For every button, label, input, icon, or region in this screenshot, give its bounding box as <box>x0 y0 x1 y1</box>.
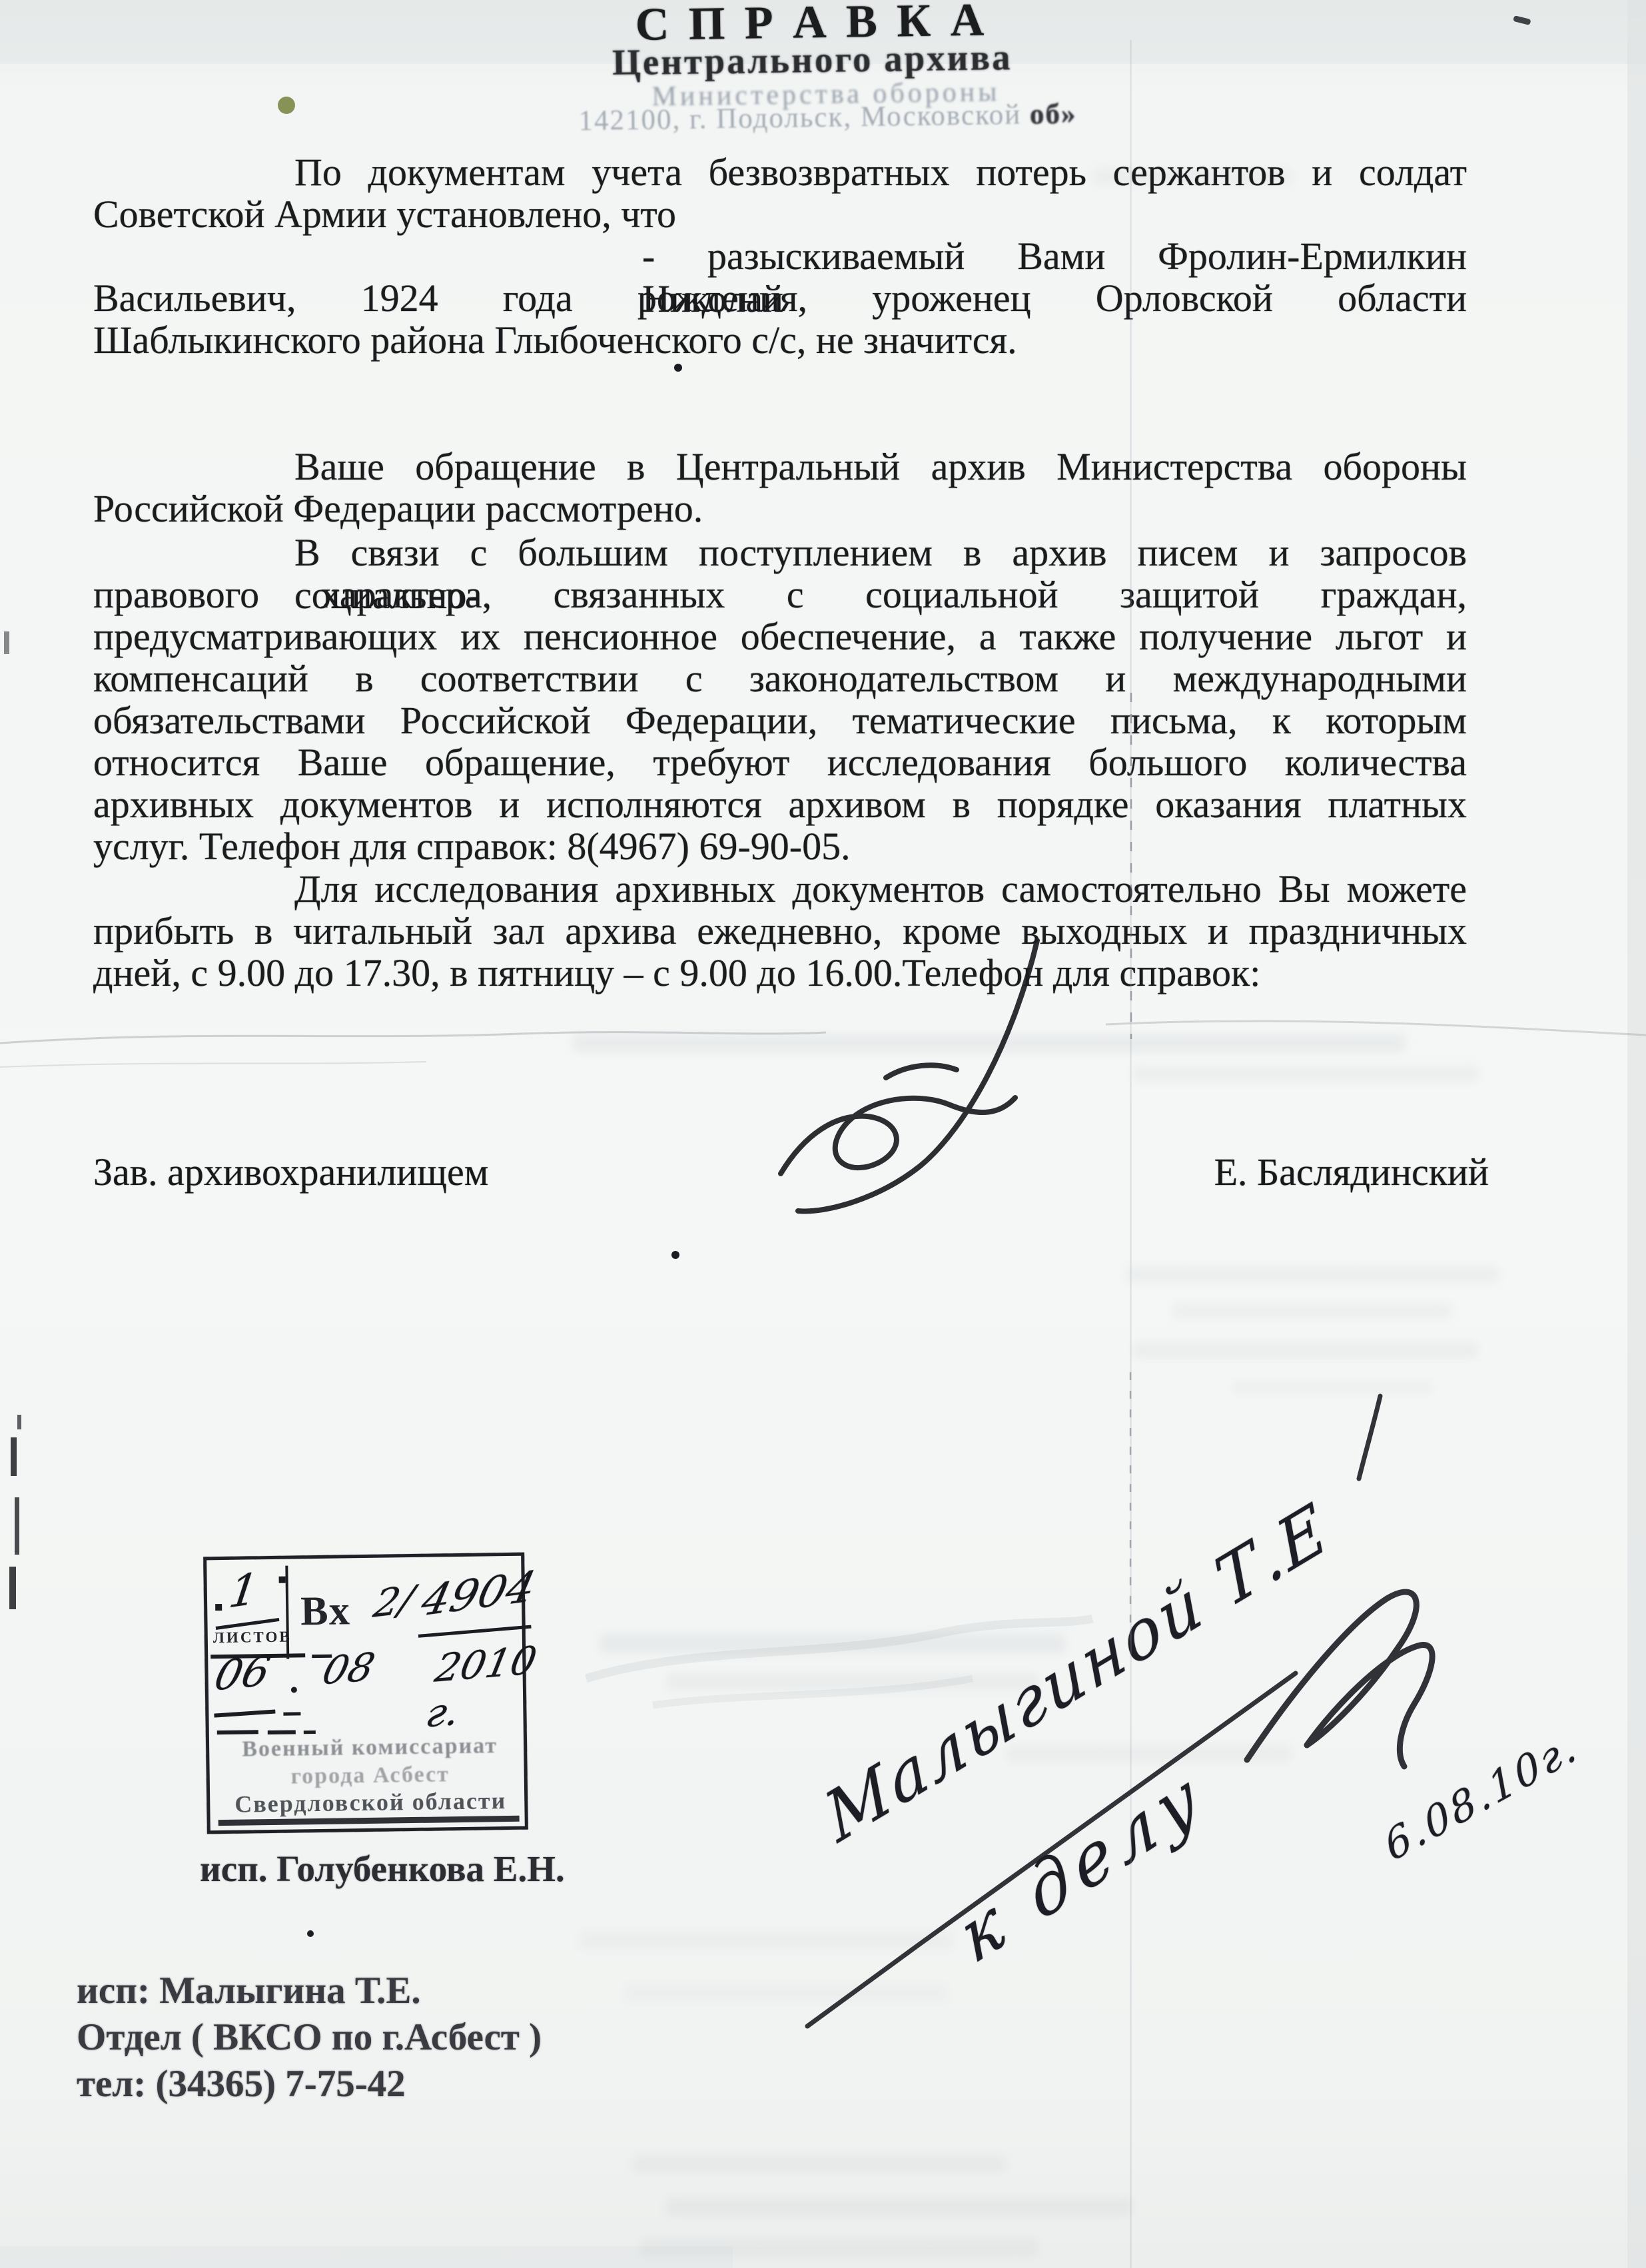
stamp-rule <box>283 1712 300 1715</box>
stamp-rule <box>268 1730 296 1734</box>
header-stamp: С П Р А В К А Центрального архива Минист… <box>0 0 1646 11</box>
crease-line <box>0 1062 426 1067</box>
body-line: дней, с 9.00 до 17.30, в пятницу – с 9.0… <box>93 952 1467 994</box>
ink-mark <box>1513 15 1531 25</box>
ghost-text <box>1172 1303 1452 1319</box>
body-line: обязательствами Российской Федерации, те… <box>93 699 1467 742</box>
edge-mark <box>15 1497 19 1555</box>
scan-bottom-band <box>0 2246 733 2268</box>
ghost-text <box>1232 1380 1432 1395</box>
address-dark: об» <box>1030 99 1077 131</box>
stamp-date-year: 2010 г. <box>422 1637 541 1736</box>
handwritten-addressee: Малыгиной Т.Е <box>815 1487 1339 1858</box>
address-faint: 142100, г. Подольск, Московской <box>578 99 1021 137</box>
stamp-rule <box>217 1730 258 1734</box>
scanned-certificate-page: С П Р А В К А Центрального архива Минист… <box>0 0 1646 2268</box>
bleed-squiggle <box>653 1679 973 1705</box>
stamp-mark <box>291 1687 297 1693</box>
body-line: Российской Федерации рассмотрено. <box>93 488 1467 530</box>
header-address-line: 142100, г. Подольск, Московской об» <box>568 97 1088 137</box>
stamp-org-line2: города Асбест <box>221 1761 518 1790</box>
body-line: Шаблыкинского района Глыбоченского с/с, … <box>93 319 1467 362</box>
ink-dot <box>671 1251 679 1259</box>
crease-line <box>0 1032 826 1043</box>
stamp-sheets-value: 1 <box>226 1563 261 1619</box>
stamp-divider <box>285 1566 289 1659</box>
handwritten-flourish <box>1247 1592 1432 1766</box>
ghost-text <box>580 1932 953 1949</box>
body-line: предусматривающих их пенсионное обеспече… <box>93 615 1467 658</box>
stamp-date-day: 06 <box>210 1647 275 1701</box>
ghost-text <box>626 1985 946 2001</box>
ink-dot <box>674 364 682 372</box>
handwritten-instruction: к делу <box>950 1750 1215 1980</box>
stamp-number-underline <box>418 1625 532 1638</box>
ghost-text <box>600 1633 1066 1653</box>
green-ink-fleck <box>278 97 295 114</box>
stamp-mark <box>279 1577 286 1583</box>
body-line: прибыть в читальный зал архива ежедневно… <box>93 910 1467 952</box>
body-line: Для исследования архивных документов сам… <box>93 868 1467 911</box>
scan-right-band <box>1627 0 1646 2268</box>
ghost-text <box>573 1034 1406 1052</box>
ghost-text <box>639 2239 1039 2257</box>
crease-line <box>1106 1021 1646 1035</box>
stamp-org-line1: Военный комиссариат <box>221 1733 518 1762</box>
stamp-rule <box>304 1730 316 1734</box>
stamp-number-prefix: 2/ <box>370 1577 418 1627</box>
footer-executor: исп: Малыгина Т.Е. <box>77 1969 421 2012</box>
body-line: относится Ваше обращение, требуют исслед… <box>93 741 1467 784</box>
ghost-text <box>666 2198 1132 2215</box>
body-line: правового характера, связанных с социаль… <box>93 573 1467 616</box>
registration-stamp: 1 листов Вх 2/ 4904 06 08 2010 г. Военны… <box>203 1553 528 1834</box>
ghost-text <box>633 2155 1006 2173</box>
edge-mark <box>11 1437 17 1476</box>
footer-department: Отдел ( ВКСО по г.Асбест ) <box>77 2016 542 2059</box>
ink-dot <box>307 1930 314 1937</box>
footer-phone: тел: (34365) 7-75-42 <box>77 2062 406 2105</box>
stamp-sheets-label: листов <box>213 1629 292 1647</box>
ghost-text <box>1132 1066 1479 1082</box>
handwritten-date: 6.08.10г. <box>1378 1720 1585 1871</box>
stamp-mark <box>215 1604 222 1611</box>
edge-mark <box>4 631 9 654</box>
stamp-in-label: Вх <box>300 1587 352 1635</box>
body-line: Ваше обращение в Центральный архив Минис… <box>93 446 1467 488</box>
handwritten-tick <box>1359 1396 1380 1479</box>
signatory-name: Е. Баслядинский <box>1126 1150 1489 1194</box>
signatory-position: Зав. архивохранилищем <box>93 1150 488 1194</box>
executor-note: исп. Голубенкова Е.Н. <box>200 1848 565 1890</box>
stamp-date-month: 08 <box>318 1644 380 1693</box>
stamp-rule <box>214 1709 275 1717</box>
stamp-org-line3: Свердловской области <box>222 1786 520 1818</box>
ghost-text <box>1132 1341 1479 1359</box>
body-line: Советской Армии установлено, что <box>93 193 1467 236</box>
ghost-text <box>1126 1266 1499 1283</box>
body-line: услуг. Телефон для справок: 8(4967) 69-9… <box>93 825 1467 868</box>
body-line: Васильевич, 1924 года рождения, уроженец… <box>93 277 1467 320</box>
edge-mark <box>9 1567 16 1609</box>
edge-mark <box>17 1415 21 1429</box>
stamp-number: 4904 <box>417 1563 540 1627</box>
body-line: По документам учета безвозвратных потерь… <box>93 151 1467 194</box>
ghost-text <box>1006 1745 1292 1762</box>
body-line: архивных документов и исполняются архиво… <box>93 783 1467 826</box>
body-line: компенсаций в соответствии с законодател… <box>93 657 1467 700</box>
